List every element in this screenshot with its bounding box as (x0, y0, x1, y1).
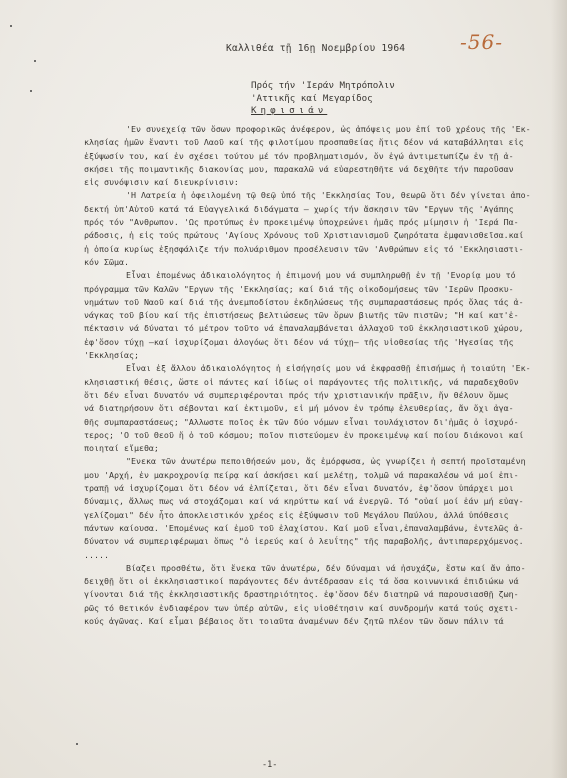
text-line: Εἶναι ἐξ ἄλλου ἀδικαιολόγητος ἡ εἰσήγησί… (84, 362, 542, 375)
text-line: "Ενεκα τῶν ἀνωτέρω πεποιθήσεών μου, ἅς ἐ… (84, 455, 542, 468)
text-line: ράδοσις, ἡ εἰς τούς πρώτους 'Αγίους Χρόν… (84, 229, 542, 242)
text-line: δειχθῇ ὅτι οἱ ἐκκλησιαστικοί παράγοντες … (84, 575, 542, 588)
text-line: μου 'Αρχή, ἐν μακροχρονίᾳ πείρᾳ καί ἀσκή… (84, 469, 542, 482)
addressee-city: Κηφισιάν (251, 105, 395, 118)
text-line: νημάτων τοῦ Ναοῦ καί διά τῆς ἀνεμποδίστο… (84, 296, 542, 309)
text-line: ἡ ὁποία κυρίως ἐξησφάλιζε τήν πολυάριθμο… (84, 243, 542, 256)
text-line: Εἶναι ἐπομένως ἀδικαιολόγητος ἡ ἐπιμονή … (84, 269, 542, 282)
text-line: πρός τόν "Ανθρωπον. 'Ως προτύπως ἐν προκ… (84, 216, 542, 229)
text-line: θῆς συμπαραστάσεως; "Αλλωστε ποῖος ἐκ τῶ… (84, 416, 542, 429)
paragraph: Εἶναι ἐπομένως ἀδικαιολόγητος ἡ ἐπιμονή … (84, 269, 542, 362)
text-line: ποιηταί εἴμεθα; (84, 442, 542, 455)
text-line: 'Η Λατρεία ἡ ὀφειλομένη τῷ Θεῷ ὑπό τῆς '… (84, 189, 542, 202)
typewritten-letter-page: Καλλιθέα τῇ 16ῃ Νοεμβρίου 1964 -56- Πρός… (0, 0, 567, 778)
text-line: δύναμις, ἄλλως πως νά στοχάζομαι καί νά … (84, 495, 542, 508)
text-line: κλησιαστική θέσις, ὥστε οἱ πάντες καί ἰδ… (84, 376, 542, 389)
paragraph: 'Εν συνεχείᾳ τῶν ὅσων προφορικῶς ἀνέφερο… (84, 123, 542, 189)
addressee-line-1: Πρός τήν 'Ιεράν Μητρόπολιν (251, 80, 395, 93)
text-line: τραπῇ νά ἰσχυρίζομαι ὅτι δέον νά ἐλπίζετ… (84, 482, 542, 495)
text-line: ἐφ'ὅσον τύχῃ –καί ἰσχυρίζομαι ἀλογόως ὅτ… (84, 336, 542, 349)
paper-speck (30, 90, 32, 92)
footer-page-number: -1- (262, 760, 277, 770)
text-line: ἐξύψωσίν του, καί ἐν σχέσει τούτου μέ τό… (84, 150, 542, 163)
paragraph: "Ενεκα τῶν ἀνωτέρω πεποιθήσεών μου, ἅς ἐ… (84, 455, 542, 561)
text-line: πρόγραμμα τῶν Καλῶν "Εργων τῆς 'Εκκλησία… (84, 283, 542, 296)
text-line: 'Εκκλησίας; (84, 349, 542, 362)
text-line: εἰς συνόψισιν καί διευκρίνισιν: (84, 176, 542, 189)
paper-speck (34, 60, 36, 62)
text-line: δύνατον νά συμπεριφέρωμαι ὅπως "ὁ ἱερεύς… (84, 535, 542, 548)
addressee-line-2: 'Αττικῆς καί Μεγαρίδος (251, 93, 395, 106)
paper-speck (10, 25, 12, 27)
text-line: 'Εν συνεχείᾳ τῶν ὅσων προφορικῶς ἀνέφερο… (84, 123, 542, 136)
text-line: κόν Σῶμα. (84, 256, 542, 269)
text-line: δεκτή ὑπ'Αὐτοῦ κατά τά Εὐαγγελικά διδάγμ… (84, 203, 542, 216)
text-line: ὅτι δέν εἶναι δυνατόν νά συμπεριφέρονται… (84, 389, 542, 402)
text-line: γίνονται διά τῆς ἐκκλησιαστικῆς δραστηρι… (84, 588, 542, 601)
text-line: νάγκας τοῦ βίου καί τῆς ἐπιστήσεως βελτι… (84, 309, 542, 322)
text-line: σκήσει τῆς ποιμαντικῆς διακονίας μου, πα… (84, 163, 542, 176)
paragraph: Εἶναι ἐξ ἄλλου ἀδικαιολόγητος ἡ εἰσήγησί… (84, 362, 542, 455)
paragraph: Βίαζει προσθέτω, ὅτι ἕνεκα τῶν ἀνωτέρω, … (84, 562, 542, 628)
text-line: Βίαζει προσθέτω, ὅτι ἕνεκα τῶν ἀνωτέρω, … (84, 562, 542, 575)
text-line: ρῶς τό θετικόν ἐνδιαφέρον των ὑπέρ αὐτῶν… (84, 602, 542, 615)
text-line: τερος; 'Ο τοῦ Θεοῦ ἤ ὁ τοῦ κόσμου; ποῖον… (84, 429, 542, 442)
addressee-block: Πρός τήν 'Ιεράν Μητρόπολιν 'Αττικῆς καί … (251, 80, 395, 118)
handwritten-page-number: -56- (460, 30, 503, 54)
paper-edge-shadow (551, 0, 567, 778)
text-line: γελίζομαι" δέν ἦτο ἀποκλειστικόν χρέος ε… (84, 509, 542, 522)
text-line: πάντων καίουσα. 'Επομένως καί ἐμοῦ τοῦ ἐ… (84, 522, 542, 535)
letter-body: 'Εν συνεχείᾳ τῶν ὅσων προφορικῶς ἀνέφερο… (84, 123, 542, 628)
text-line: νά διατηρήσουν ὅτι σέβονται καί ἐκτιμοῦν… (84, 402, 542, 415)
text-line: πέκτασιν νά δύναται τό μέτρον τοῦτο νά ἐ… (84, 322, 542, 335)
paper-speck (76, 743, 78, 745)
place-and-date: Καλλιθέα τῇ 16ῃ Νοεμβρίου 1964 (226, 43, 405, 54)
text-line: κούς ἀγῶνας. Καί εἶμαι βέβαιος ὅτι τοιαῦ… (84, 615, 542, 628)
paragraph: 'Η Λατρεία ἡ ὀφειλομένη τῷ Θεῷ ὑπό τῆς '… (84, 189, 542, 269)
text-line: ..... (84, 549, 542, 562)
text-line: κλησίας ἡμῶν ἔναντι τοῦ Λαοῦ καί τῆς φιλ… (84, 136, 542, 149)
